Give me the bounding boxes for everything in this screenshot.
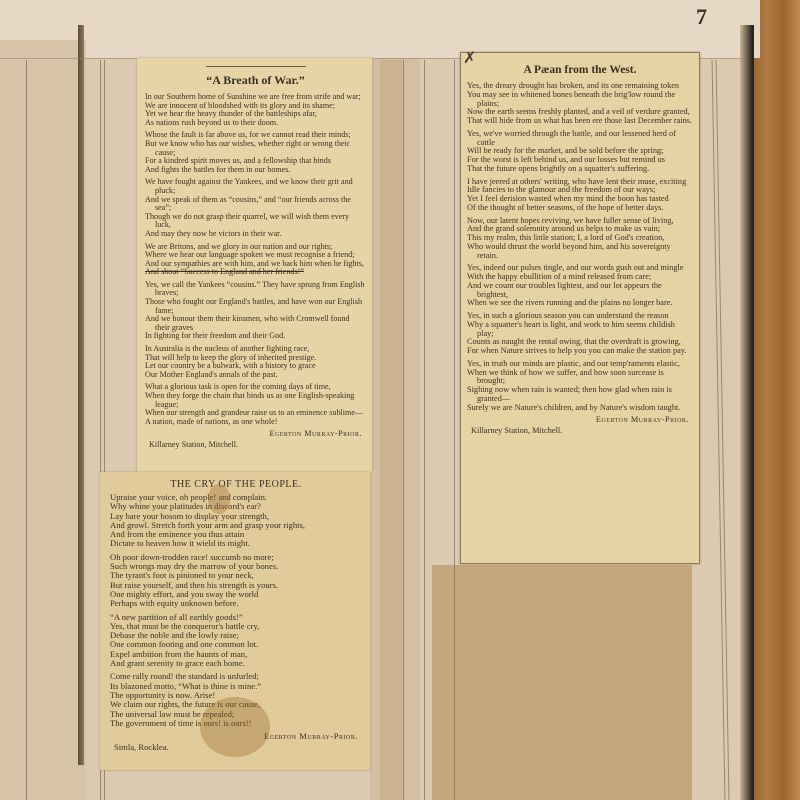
author-location: Killarney Station, Mitchell. — [149, 441, 366, 450]
poem-body: Upraise your voice, oh people! and compl… — [110, 493, 362, 728]
poem-line: We have fought against the Yankees, and … — [145, 178, 366, 195]
stanza: Yes, we've worried through the battle, a… — [467, 130, 693, 174]
page-number: 7 — [696, 4, 707, 30]
left-page-edge — [0, 40, 86, 800]
pencil-x-mark-icon: ✗ — [463, 55, 476, 64]
poem-line: And we count our troubles lightest, and … — [467, 282, 693, 300]
poem-line: Of the thought of better seasons, of the… — [467, 204, 693, 213]
water-stain — [208, 484, 230, 514]
poem-line: Surely we are Nature's children, and by … — [467, 404, 693, 413]
stanza: Oh poor down-trodden race! succumb no mo… — [110, 553, 362, 609]
poem-line: Sighing now when rain is wanted; then ho… — [467, 386, 693, 404]
poem-line: Our Mother England's annals of the past. — [145, 371, 366, 380]
poem-line: And may they now be victors in their war… — [145, 230, 366, 239]
poem-line: When we see the rivers running and the p… — [467, 299, 693, 308]
stanza: Yes, in truth our minds are plastic, and… — [467, 360, 693, 413]
gutter-stain — [380, 60, 402, 800]
water-stain — [200, 697, 270, 757]
poem-title: “A Breath of War.” — [145, 73, 366, 87]
poem-title: THE CRY OF THE PEOPLE. — [110, 478, 362, 491]
poem-line: Dictate to heaven how it wield its might… — [110, 539, 362, 548]
stanza: Upraise your voice, oh people! and compl… — [110, 493, 362, 549]
stanza: We have fought against the Yankees, and … — [145, 178, 366, 238]
stanza: Yes, the dreary drought has broken, and … — [467, 82, 693, 126]
stanza: Whose the fault is far above us, for we … — [145, 131, 366, 174]
poem-line: Yes, we've worried through the battle, a… — [467, 130, 693, 148]
poem-line: And grant serenity to grace each home. — [110, 659, 362, 668]
poem-body: In our Southern home of Sunshine we are … — [145, 93, 366, 426]
clipping-paean-from-the-west: ✗ A Pæan from the West. Yes, the dreary … — [460, 52, 700, 564]
poem-line: And we speak of them as “cousins,” and “… — [145, 196, 366, 213]
poem-line: Perhaps with equity unknown before. — [110, 599, 362, 608]
poem-line: Who would thrust the world beyond him, a… — [467, 243, 693, 261]
stanza: I have jeered at others' writing, who ha… — [467, 178, 693, 213]
stanza: “A new partition of all earthly goods!” … — [110, 613, 362, 669]
poem-line: For when Nature strives to help you you … — [467, 347, 693, 356]
right-page-edge — [740, 25, 754, 800]
clipping-breath-of-war: “A Breath of War.” In our Southern home … — [137, 58, 372, 472]
poem-line: When we think of how we suffer, and how … — [467, 369, 693, 387]
poem-line: Why a squatter's heart is light, and wor… — [467, 321, 693, 339]
poem-line: And fights the battles for them in our h… — [145, 166, 366, 175]
ledger-rule — [424, 60, 425, 800]
poem-line-struck-through: And shout “Success to England and her fr… — [145, 268, 366, 277]
page-top-margin — [0, 0, 760, 58]
stanza: What a glorious task is open for the com… — [145, 383, 366, 426]
stanza: Now, our latent hopes reviving, we have … — [467, 217, 693, 261]
ledger-rule — [403, 60, 404, 800]
clipping-cry-of-the-people: THE CRY OF THE PEOPLE. Upraise your voic… — [100, 472, 370, 770]
poem-line: A nation, made of nations, as one whole! — [145, 418, 366, 427]
author-location: Killarney Station, Mitchell. — [471, 427, 693, 436]
author-signature: Egerton Murray-Prior. — [467, 416, 689, 425]
poem-line: That the future opens brightly on a squa… — [467, 165, 693, 174]
poem-line: That will hide from us what has been ere… — [467, 117, 693, 126]
poem-line: Though we do not grasp their quarrel, we… — [145, 213, 366, 230]
poem-line: In fighting for their freedom and their … — [145, 332, 366, 341]
poem-body: Yes, the dreary drought has broken, and … — [467, 82, 693, 412]
glue-stain-residue — [432, 565, 692, 800]
poem-line: When they forge the chain that binds us … — [145, 392, 366, 409]
title-ornament — [206, 66, 306, 67]
poem-line: And we honour them their kinsmen, who wi… — [145, 315, 366, 332]
ledger-rule — [26, 60, 27, 800]
poem-line: As nations rush beyond us to their doom. — [145, 119, 366, 128]
book-spine-gap — [78, 25, 84, 765]
ledger-rule — [454, 60, 455, 800]
stanza: Yes, we call the Yankees “cousins.” They… — [145, 281, 366, 341]
poem-line: Yes, we call the Yankees “cousins.” They… — [145, 281, 366, 298]
stanza: Yes, indeed our pulses tingle, and our w… — [467, 264, 693, 308]
stanza: In Australia is the nucleus of another f… — [145, 345, 366, 379]
poem-line: But we know who has our wishes, whether … — [145, 140, 366, 157]
poem-line: Those who fought our England's battles, … — [145, 298, 366, 315]
poem-line: You may see in whitened bones beneath th… — [467, 91, 693, 109]
poem-title: A Pæan from the West. — [467, 63, 693, 77]
author-signature: Egerton Murray-Prior. — [145, 430, 362, 439]
stanza: In our Southern home of Sunshine we are … — [145, 93, 366, 127]
stanza: Yes, in such a glorious season you can u… — [467, 312, 693, 356]
stanza: We are Britons, and we glory in our nati… — [145, 243, 366, 277]
